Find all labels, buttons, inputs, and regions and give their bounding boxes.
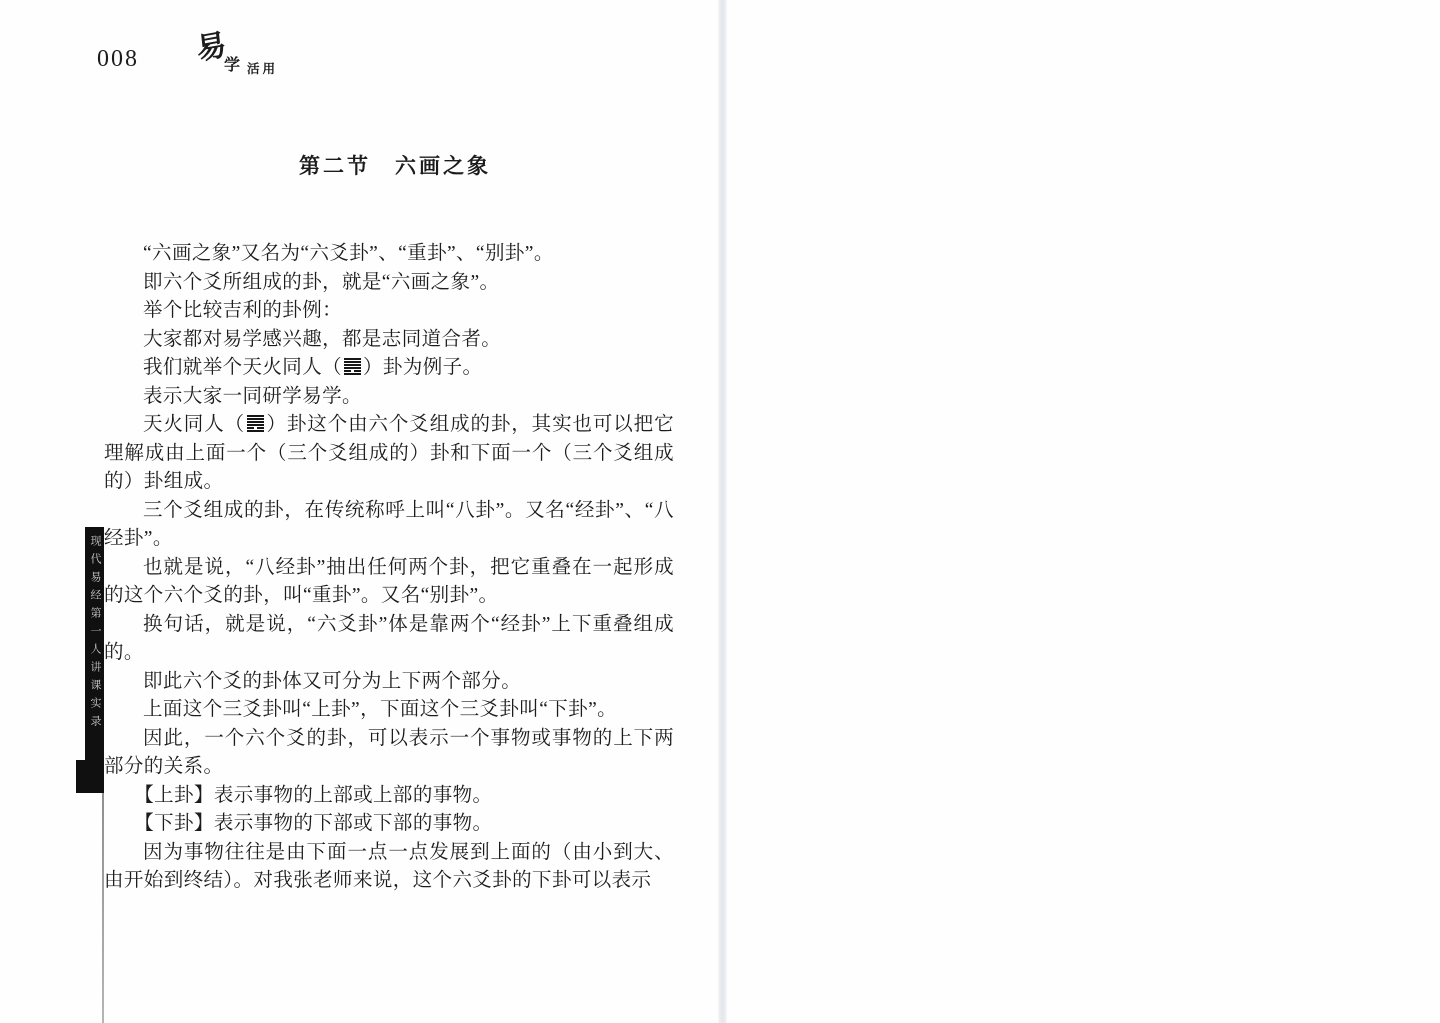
- left-page-edge-line: [102, 793, 104, 1023]
- hexagram-tongren-icon: [247, 415, 264, 431]
- logo-yi-glyph: 易: [194, 19, 228, 68]
- left-spine-banner-text: 现代易经第一人讲课实录: [85, 535, 104, 765]
- paragraph: 举个比较吉利的卦例：: [104, 297, 674, 326]
- paragraph: 因为事物往往是由下面一点一点发展到上面的（由小到大、由开始到终结）。对我张老师来…: [104, 839, 674, 896]
- hexagram-tongren-icon: [344, 358, 361, 374]
- paragraph: 三个爻组成的卦，在传统称呼上叫“八卦”。又名“经卦”、“八经卦”。: [104, 497, 674, 554]
- paragraph: 即此六个爻的卦体又可分为上下两个部分。: [104, 668, 674, 697]
- left-spine-banner-foot: [76, 760, 104, 793]
- paragraph: 换句话，就是说，“六爻卦”体是靠两个“经卦”上下重叠组成的。: [104, 611, 674, 668]
- paragraph: 上面这个三爻卦叫“上卦”，下面这个三爻卦叫“下卦”。: [104, 696, 674, 725]
- section-title-number: 第二节: [299, 154, 371, 178]
- paragraph: 我们就举个天火同人（）卦为例子。: [104, 354, 674, 383]
- logo-small-text: 活用: [247, 59, 278, 77]
- paragraph: 也就是说，“八经卦”抽出任何两个卦，把它重叠在一起形成的这个六个爻的卦，叫“重卦…: [104, 554, 674, 611]
- paragraph: 表示大家一同研学易学。: [104, 383, 674, 412]
- paragraph: 天火同人（）卦这个由六个爻组成的卦，其实也可以把它理解成由上面一个（三个爻组成的…: [104, 411, 674, 497]
- left-page: 008 易学活用 第二节六画之象 “六画之象”又名为“六爻卦”、“重卦”、“别卦…: [0, 0, 718, 1023]
- paragraph: “六画之象”又名为“六爻卦”、“重卦”、“别卦”。: [104, 240, 674, 269]
- paragraph: 【下卦】表示事物的下部或下部的事物。: [104, 810, 674, 839]
- section-title-text: 六画之象: [395, 154, 491, 178]
- right-page: 九种卦象概述 009 易 经讲堂 我身体的下半部，这个上卦可以表示我身体的上半部…: [727, 0, 1440, 1023]
- paragraph: 因此，一个六个爻的卦，可以表示一个事物或事物的上下两部分的关系。: [104, 725, 674, 782]
- series-logo: 易学活用: [196, 22, 278, 77]
- section-title: 第二节六画之象: [299, 150, 491, 180]
- left-page-body: “六画之象”又名为“六爻卦”、“重卦”、“别卦”。即六个爻所组成的卦，就是“六画…: [104, 240, 674, 896]
- paragraph: 即六个爻所组成的卦，就是“六画之象”。: [104, 269, 674, 298]
- book-scan-spread: { "book": { "left_logo": { "big": "易", "…: [0, 0, 1440, 1023]
- paragraph: 【上卦】表示事物的上部或上部的事物。: [104, 782, 674, 811]
- paragraph: 大家都对易学感兴趣，都是志同道合者。: [104, 326, 674, 355]
- left-page-number: 008: [97, 46, 139, 73]
- page-gutter: [718, 0, 727, 1023]
- left-spine-banner: 现代易经第一人讲课实录: [85, 527, 104, 765]
